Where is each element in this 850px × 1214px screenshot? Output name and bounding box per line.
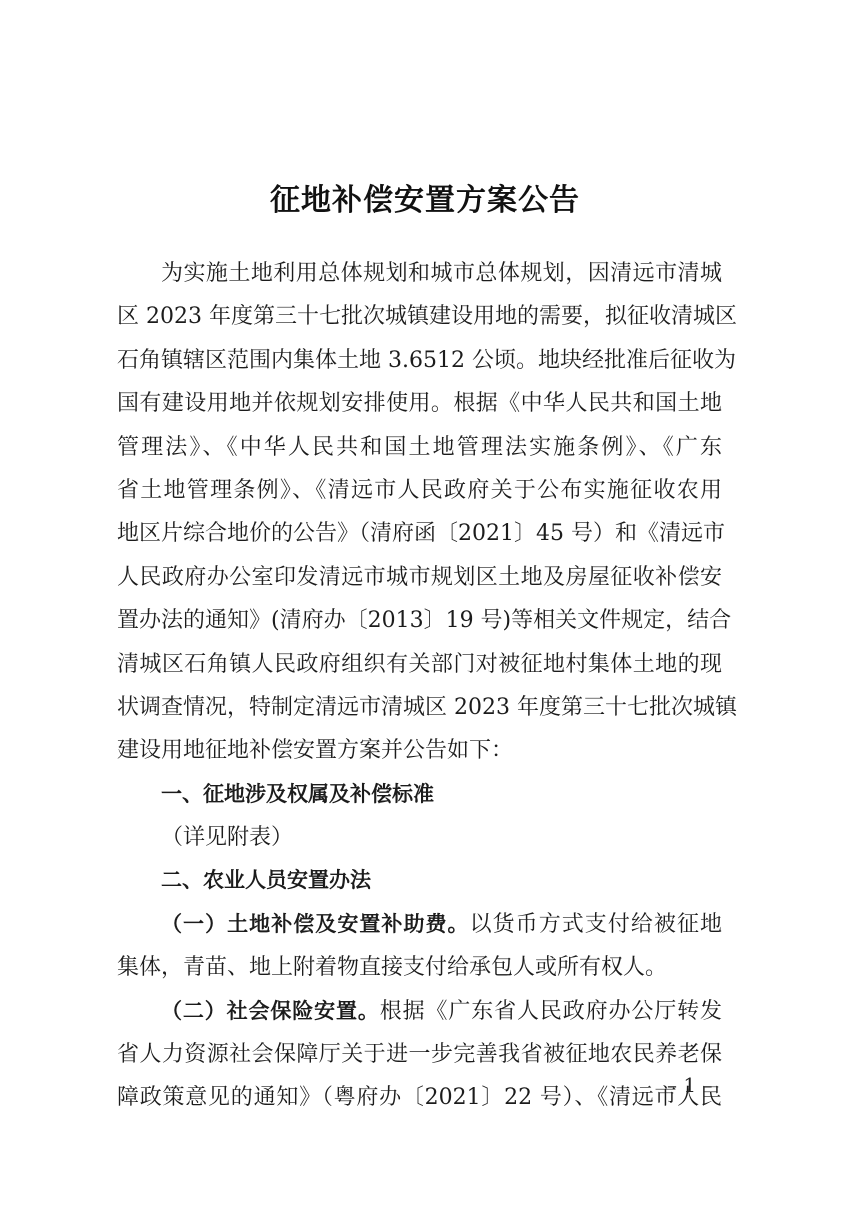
section-2-item-2-continued: 障政策意见的通知》（粤府办〔2021〕22 号）、《清远市人民 — [117, 1076, 722, 1119]
section-2-heading: 二、农业人员安置办法 — [117, 859, 722, 902]
section-2-item-2-lead: （二）社会保险安置。 — [161, 999, 380, 1023]
section-2-item-1-line: （一）土地补偿及安置补助费。以货币方式支付给被征地 — [117, 903, 722, 946]
paragraph-line: 状调查情况，特制定清远市清城区 2023 年度第三十七批次城镇 — [117, 686, 722, 729]
section-2-item-2-continued: 省人力资源社会保障厅关于进一步完善我省被征地农民养老保 — [117, 1033, 722, 1076]
document-page: 征地补偿安置方案公告 为实施土地利用总体规划和城市总体规划，因清远市清城 区 2… — [0, 0, 850, 1214]
paragraph-line: 建设用地征地补偿安置方案并公告如下： — [117, 729, 722, 772]
paragraph-line: 置办法的通知》(清府办〔2013〕19 号)等相关文件规定，结合 — [117, 599, 722, 642]
paragraph-line: 省土地管理条例》、《清远市人民政府关于公布实施征收农用 — [117, 469, 722, 512]
section-1-note: （详见附表） — [117, 816, 722, 859]
section-2-item-1-lead: （一）土地补偿及安置补助费。 — [161, 912, 470, 936]
section-1-heading: 一、征地涉及权属及补偿标准 — [117, 773, 722, 816]
paragraph-line: 石角镇辖区范围内集体土地 3.6512 公顷。地块经批准后征收为 — [117, 339, 722, 382]
document-body: 为实施土地利用总体规划和城市总体规划，因清远市清城 区 2023 年度第三十七批… — [117, 252, 722, 1120]
paragraph-line: 国有建设用地并依规划安排使用。根据《中华人民共和国土地 — [117, 382, 722, 425]
paragraph-line: 为实施土地利用总体规划和城市总体规划，因清远市清城 — [117, 252, 722, 295]
paragraph-line: 清城区石角镇人民政府组织有关部门对被征地村集体土地的现 — [117, 643, 722, 686]
paragraph-line: 人民政府办公室印发清远市城市规划区土地及房屋征收补偿安 — [117, 556, 722, 599]
page-number: – 1 – — [667, 1073, 712, 1097]
paragraph-line: 区 2023 年度第三十七批次城镇建设用地的需要，拟征收清城区 — [117, 295, 722, 338]
section-2-item-2-text: 根据《广东省人民政府办公厅转发 — [380, 999, 722, 1024]
paragraph-line: 地区片综合地价的公告》（清府函〔2021〕45 号）和《清远市 — [117, 512, 722, 555]
section-2-item-1-continued: 集体，青苗、地上附着物直接支付给承包人或所有权人。 — [117, 946, 722, 989]
document-title: 征地补偿安置方案公告 — [0, 175, 850, 219]
section-2-item-1-text: 以货币方式支付给被征地 — [470, 912, 722, 937]
section-2-item-2-line: （二）社会保险安置。根据《广东省人民政府办公厅转发 — [117, 990, 722, 1033]
paragraph-line: 管理法》、《中华人民共和国土地管理法实施条例》、《广东 — [117, 426, 722, 469]
